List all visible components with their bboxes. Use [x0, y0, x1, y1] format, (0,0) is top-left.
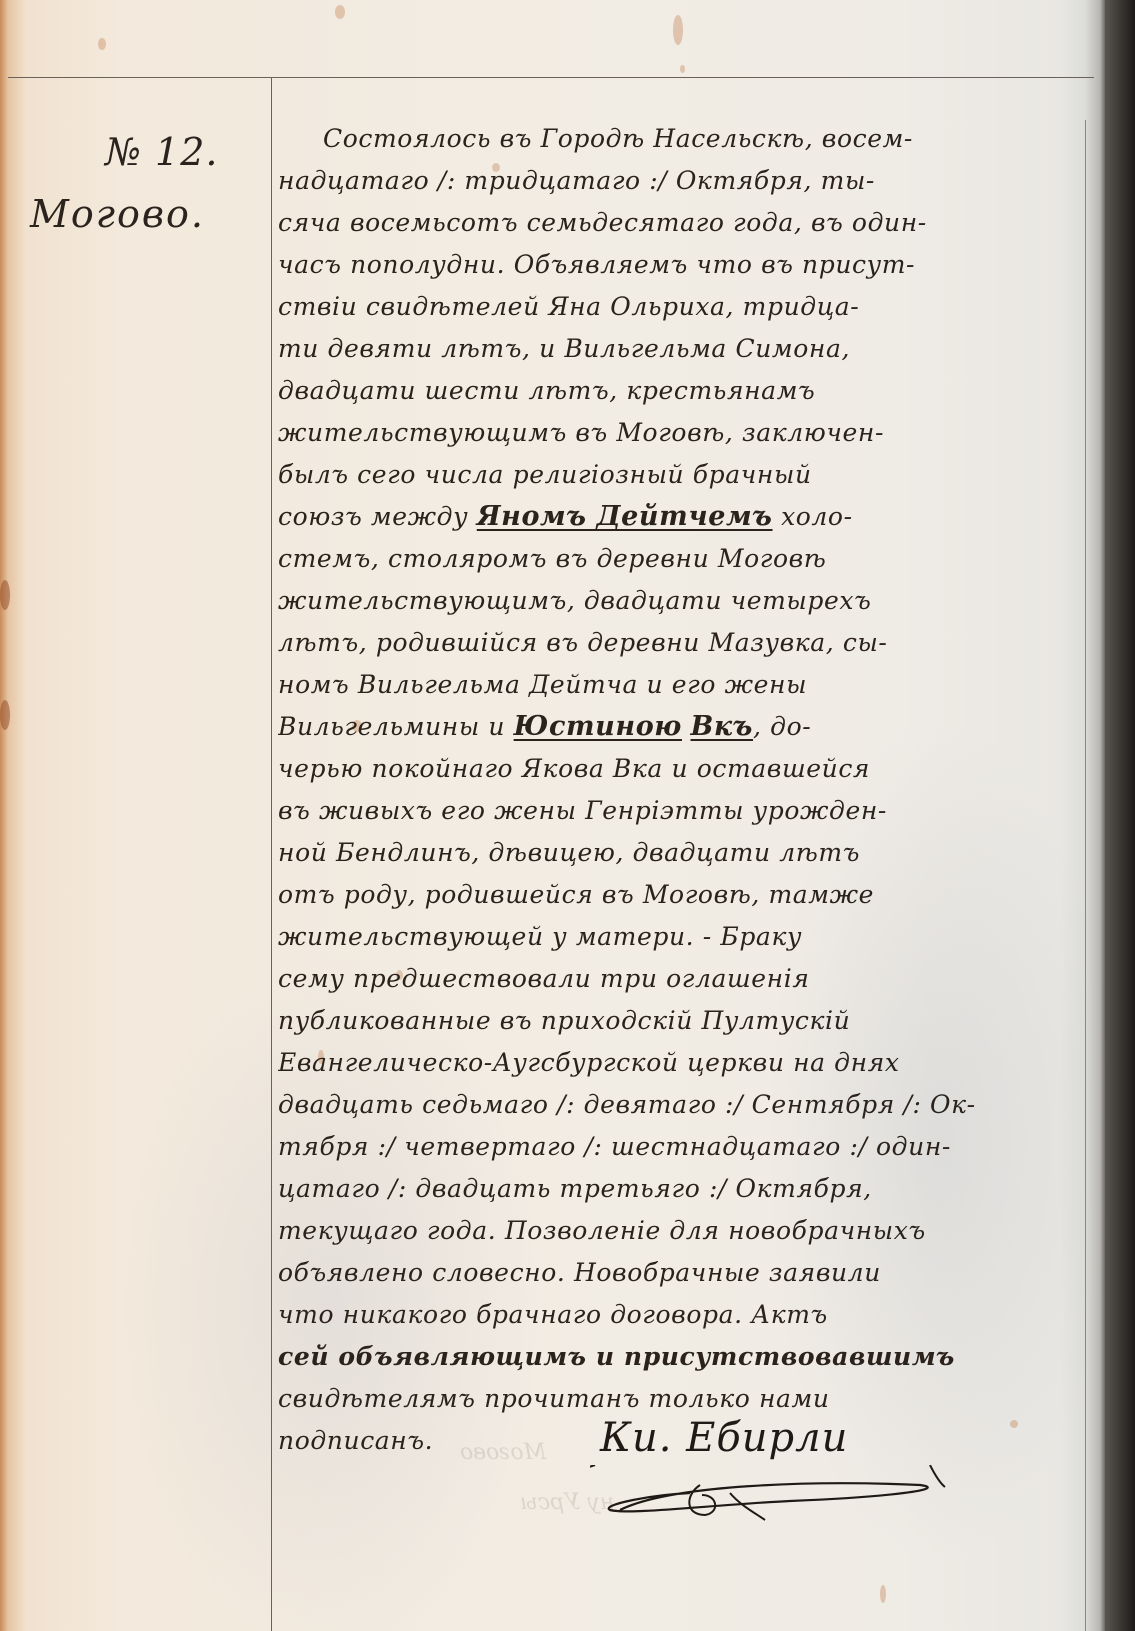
text-line: сей объявляющимъ и присутствовавшимъ — [278, 1336, 1078, 1378]
text-line: ствіи свидѣтелей Яна Ольриха, тридца- — [278, 286, 1078, 328]
text-line: Состоялось въ Городѣ Насельскѣ, восем- — [278, 118, 1078, 160]
signature-text: Ки. Ебирли — [600, 1415, 848, 1461]
text-line: былъ сего числа религіозный брачный — [278, 454, 1078, 496]
text-line: стемъ, столяромъ въ деревни Моговѣ — [278, 538, 1078, 580]
groom-line-prefix: союзъ между — [278, 502, 468, 531]
entry-body: Состоялось въ Городѣ Насельскѣ, восем- н… — [278, 118, 1078, 1462]
groom-line: союзъ между Яномъ Дейтчемъ холо- — [278, 496, 1078, 538]
text-line: ной Бендлинъ, дѣвицею, двадцати лѣтъ — [278, 832, 1078, 874]
text-line: тября :/ четвертаго /: шестнадцатаго :/ … — [278, 1126, 1078, 1168]
text-line: публикованные въ приходскій Пултускій — [278, 1000, 1078, 1042]
bride-name: Юстиною — [514, 711, 682, 742]
text-line: цатаго /: двадцать третьяго :/ Октября, — [278, 1168, 1078, 1210]
text-line: двадцать седьмаго /: девятаго :/ Сентябр… — [278, 1084, 1078, 1126]
foxing-stain — [880, 1585, 886, 1603]
text-line: въ живыхъ его жены Генріэтты урожден- — [278, 790, 1078, 832]
text-line: лѣтъ, родившійся въ деревни Мазувка, сы- — [278, 622, 1078, 664]
signature-flourish-icon — [590, 1465, 950, 1535]
bride-line: Вильгельмины и Юстиною Вкъ, до- — [278, 706, 1078, 748]
bride-surname: Вкъ — [691, 711, 754, 742]
foxing-stain — [0, 700, 10, 730]
text-line: объявлено словесно. Новобрачные заявили — [278, 1252, 1078, 1294]
register-page: Могово ну Урсы № 12. Могово. Состоялось … — [0, 0, 1105, 1631]
text-line: что никакого брачнаго договора. Актъ — [278, 1294, 1078, 1336]
text-line: текущаго года. Позволеніе для новобрачны… — [278, 1210, 1078, 1252]
margin-column: № 12. Могово. — [20, 130, 260, 236]
text-line: часъ пополудни. Объявляемъ что въ присут… — [278, 244, 1078, 286]
text-line: жительствующимъ въ Моговѣ, заключен- — [278, 412, 1078, 454]
bride-line-prefix: Вильгельмины и — [278, 712, 505, 741]
officiant-signature: Ки. Ебирли — [590, 1415, 950, 1535]
text-line: жительствующей у матери. - Браку — [278, 916, 1078, 958]
text-line: черью покойнаго Якова Вка и оставшейся — [278, 748, 1078, 790]
header-rule — [8, 77, 1094, 78]
text-line: сяча восемьсотъ семьдесятаго года, въ од… — [278, 202, 1078, 244]
entry-place: Могово. — [30, 192, 260, 236]
right-margin-rule — [1085, 120, 1086, 1631]
text-line: отъ роду, родившейся въ Моговѣ, тамже — [278, 874, 1078, 916]
bride-line-suffix: , до- — [753, 712, 811, 741]
text-line: Евангелическо-Аугсбургской церкви на дня… — [278, 1042, 1078, 1084]
text-line: ти девяти лѣтъ, и Вильгельма Симона, — [278, 328, 1078, 370]
groom-name: Яномъ Дейтчемъ — [477, 501, 773, 532]
text-line: надцатаго /: тридцатаго :/ Октября, ты- — [278, 160, 1078, 202]
foxing-stain — [335, 5, 345, 19]
groom-line-suffix: холо- — [781, 502, 853, 531]
foxing-stain — [98, 38, 106, 50]
text-line: двадцати шести лѣтъ, крестьянамъ — [278, 370, 1078, 412]
foxing-stain — [673, 15, 683, 45]
entry-number: № 12. — [105, 130, 260, 174]
text-line: свидѣтелямъ прочитанъ только нами — [278, 1378, 1078, 1420]
margin-column-rule — [271, 77, 272, 1631]
text-line: номъ Вильгельма Дейтча и его жены — [278, 664, 1078, 706]
binding-shadow — [1105, 0, 1135, 1631]
text-line: жительствующимъ, двадцати четырехъ — [278, 580, 1078, 622]
text-line: сему предшествовали три оглашенія — [278, 958, 1078, 1000]
foxing-stain — [0, 580, 10, 610]
foxing-stain — [680, 65, 685, 73]
